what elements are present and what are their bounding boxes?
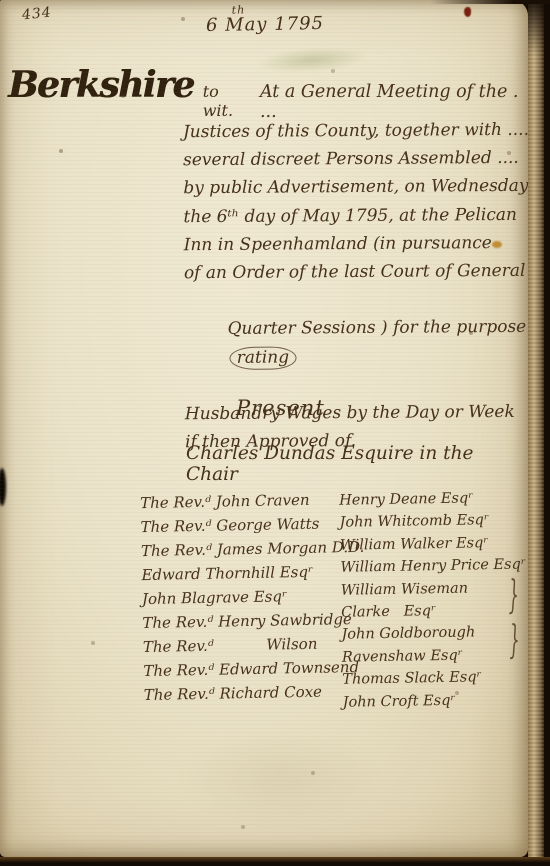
opening-line: Berkshire to wit. At a General Meeting o… — [8, 64, 523, 122]
date-superscript: th — [232, 3, 246, 16]
county-title: Berkshire — [8, 64, 194, 106]
body-line-rating: Quarter Sessions ) for the purpose of ra… — [184, 285, 531, 400]
date-heading: th 6 May 1795 — [206, 13, 324, 36]
body-line: the 6ᵗʰ day of May 1795, at the Pelican — [183, 200, 529, 231]
attendees-right-column: Henry Deane Esqʳ John Whitcomb Esqʳ Will… — [339, 489, 543, 716]
body-line: Justices of this County, together with .… — [183, 116, 529, 147]
paper-speckles — [0, 0, 2, 2]
present-heading: Present — [236, 396, 325, 420]
book-edge-bottom — [0, 857, 550, 866]
body-line: Inn in Speenhamland (in pursuance — [184, 229, 530, 260]
amber-stain-spot — [492, 241, 502, 248]
body-line: several discreet Persons Assembled .... — [183, 144, 529, 175]
binding-ink-blob — [0, 468, 6, 506]
grouping-brace: } — [509, 616, 520, 663]
attendee-name: John Croft Esqʳ — [343, 691, 543, 717]
page-number: 434 — [21, 4, 52, 23]
body-line: of an Order of the last Court of General — [184, 257, 530, 288]
attendees-left-column: The Rev.ᵈ John Craven The Rev.ᵈ George W… — [140, 490, 359, 710]
book-edge-right — [544, 0, 550, 866]
grouping-brace: } — [508, 571, 519, 618]
manuscript-scan: 434 th 6 May 1795 Berkshire to wit. At a… — [0, 0, 550, 866]
manuscript-page: 434 th 6 May 1795 Berkshire to wit. At a… — [0, 0, 528, 857]
to-wit-text: to wit. — [203, 82, 251, 120]
red-ink-spot — [464, 7, 471, 17]
book-page-edges — [528, 0, 544, 857]
attendee-name: The Rev.ᵈ Richard Coxe — [144, 682, 359, 710]
paper-discoloration — [180, 730, 380, 825]
date-text: 6 May 1795 — [206, 13, 324, 36]
body-line: by public Advertisement, on Wednesday — [183, 172, 529, 203]
circled-word-rating: rating — [230, 346, 297, 369]
book-edge-top — [430, 0, 550, 4]
rating-line-pre: Quarter Sessions ) for the purpose of — [227, 317, 548, 339]
chairman-line: Charles Dundas Esquire in the Chair — [186, 443, 528, 485]
